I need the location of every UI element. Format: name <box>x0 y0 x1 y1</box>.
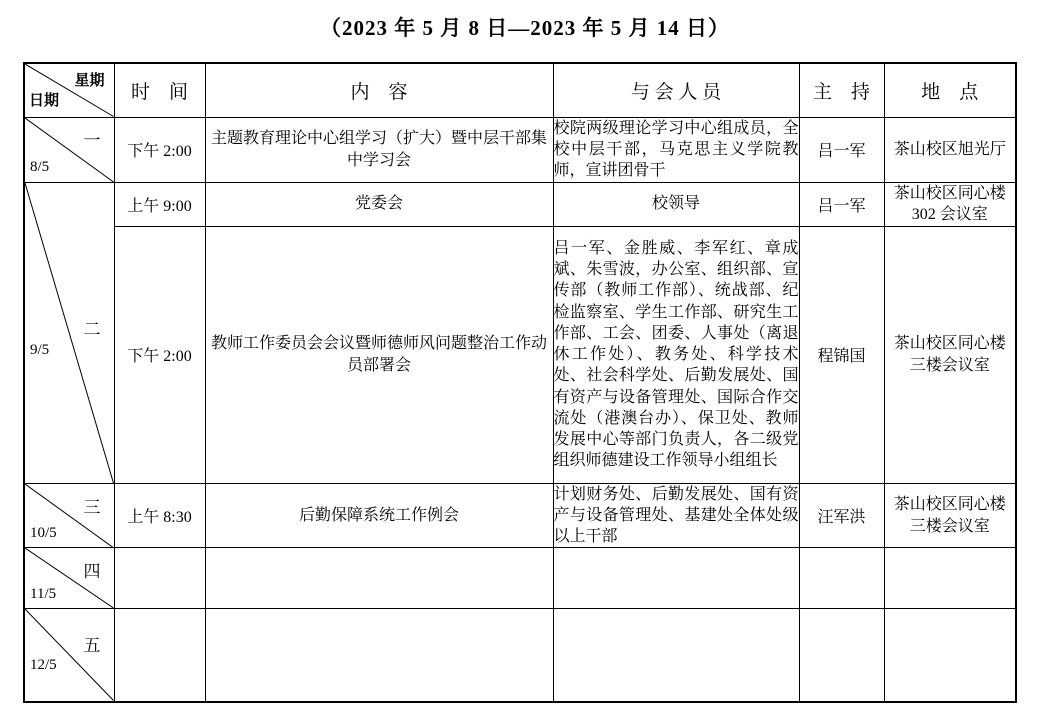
corner-header-cell: 星期 日期 <box>24 63 114 117</box>
time-cell: 下午 2:00 <box>114 226 205 483</box>
row-friday: 五 12/5 <box>24 609 1016 702</box>
day-cell-wednesday: 三 10/5 <box>24 483 114 548</box>
location-column-header: 地 点 <box>884 63 1016 117</box>
content-cell <box>205 609 553 702</box>
day-cell-monday: 一 8/5 <box>24 117 114 182</box>
location-cell: 茶山校区同心楼 三楼会议室 <box>884 483 1016 548</box>
host-cell: 吕一军 <box>799 182 884 226</box>
host-cell: 程锦国 <box>799 226 884 483</box>
attendees-cell: 计划财务处、后勤发展处、国有资产与设备管理处、基建处全体处级以上干部 <box>553 483 799 548</box>
host-cell <box>799 548 884 609</box>
time-cell: 下午 2:00 <box>114 117 205 182</box>
row-wednesday: 三 10/5 上午 8:30 后勤保障系统工作例会 计划财务处、后勤发展处、国有… <box>24 483 1016 548</box>
weekday-label: 三 <box>84 493 101 518</box>
date-label: 8/5 <box>30 159 49 176</box>
content-column-header: 内 容 <box>205 63 553 117</box>
weekday-label: 四 <box>84 557 101 582</box>
content-cell: 主题教育理论中心组学习（扩大）暨中层干部集中学习会 <box>205 117 553 182</box>
time-cell <box>114 609 205 702</box>
time-cell: 上午 9:00 <box>114 182 205 226</box>
content-cell <box>205 548 553 609</box>
attendees-cell: 校领导 <box>553 182 799 226</box>
location-cell: 茶山校区同心楼 三楼会议室 <box>884 226 1016 483</box>
host-cell <box>799 609 884 702</box>
row-thursday: 四 11/5 <box>24 548 1016 609</box>
row-tuesday-pm: 下午 2:00 教师工作委员会会议暨师德师风问题整治工作动员部署会 吕一军、金胜… <box>24 226 1016 483</box>
location-cell: 茶山校区同心楼 302 会议室 <box>884 182 1016 226</box>
attendees-cell <box>553 548 799 609</box>
host-column-header: 主 持 <box>799 63 884 117</box>
date-header-label: 日期 <box>29 89 59 110</box>
attendees-cell: 校院两级理论学习中心组成员，全校中层干部，马克思主义学院教师，宣讲团骨干 <box>553 117 799 182</box>
host-cell: 汪军洪 <box>799 483 884 548</box>
location-cell <box>884 609 1016 702</box>
page-title: （2023 年 5 月 8 日—2023 年 5 月 14 日） <box>0 12 1050 42</box>
date-label: 12/5 <box>30 657 57 674</box>
weekday-label: 五 <box>84 631 101 656</box>
location-cell <box>884 548 1016 609</box>
row-monday: 一 8/5 下午 2:00 主题教育理论中心组学习（扩大）暨中层干部集中学习会 … <box>24 117 1016 182</box>
day-cell-tuesday: 二 9/5 <box>24 182 114 483</box>
location-cell: 茶山校区旭光厅 <box>884 117 1016 182</box>
time-cell: 上午 8:30 <box>114 483 205 548</box>
attendees-cell: 吕一军、金胜威、李军红、章成斌、朱雪波，办公室、组织部、宣传部（教师工作部）、统… <box>553 226 799 483</box>
date-label: 11/5 <box>30 586 56 603</box>
schedule-table: 星期 日期 时 间 内 容 与 会 人 员 主 持 地 点 一 8/5 下午 2… <box>23 62 1017 703</box>
weekday-label: 二 <box>84 315 101 340</box>
content-cell: 后勤保障系统工作例会 <box>205 483 553 548</box>
date-label: 9/5 <box>30 342 49 359</box>
row-tuesday-am: 二 9/5 上午 9:00 党委会 校领导 吕一军 茶山校区同心楼 302 会议… <box>24 182 1016 226</box>
header-row: 星期 日期 时 间 内 容 与 会 人 员 主 持 地 点 <box>24 63 1016 117</box>
content-cell: 教师工作委员会会议暨师德师风问题整治工作动员部署会 <box>205 226 553 483</box>
content-cell: 党委会 <box>205 182 553 226</box>
host-cell: 吕一军 <box>799 117 884 182</box>
day-cell-friday: 五 12/5 <box>24 609 114 702</box>
time-cell <box>114 548 205 609</box>
weekday-header-label: 星期 <box>74 69 104 90</box>
date-label: 10/5 <box>30 525 57 542</box>
attendees-column-header: 与 会 人 员 <box>553 63 799 117</box>
attendees-cell <box>553 609 799 702</box>
weekday-label: 一 <box>84 126 101 151</box>
time-column-header: 时 间 <box>114 63 205 117</box>
day-cell-thursday: 四 11/5 <box>24 548 114 609</box>
